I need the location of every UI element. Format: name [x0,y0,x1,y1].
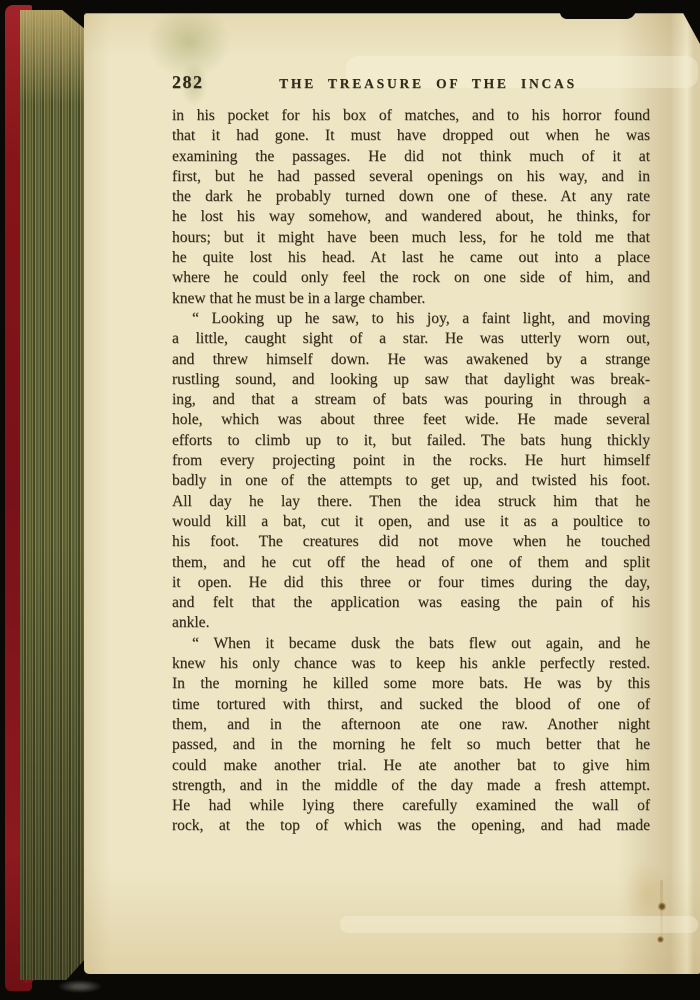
scan-artifact-band [340,916,698,933]
text-line: the dark he probably turned down one of … [172,187,650,207]
text-line: ankle. [172,613,650,633]
text-line: He had while lying there carefully exami… [172,796,650,816]
text-line: knew his only chance was to keep his ank… [172,654,650,674]
text-line: could make another trial. He ate another… [172,756,650,776]
body-text: in his pocket for his box of matches, an… [172,106,650,837]
page-fore-edges [20,10,88,980]
text-line: and felt that the application was easing… [172,593,650,613]
scan-glint [58,980,102,993]
foxing-spot [658,902,666,911]
text-line: and threw himself down. He was awakened … [172,350,650,370]
text-line: rustling sound, and looking up saw that … [172,370,650,390]
text-line: hours; but it might have been much less,… [172,228,650,248]
text-line: efforts to climb up to it, but failed. T… [172,431,650,451]
running-title: THE TREASURE OF THE INCAS [206,76,650,92]
text-line: “ Looking up he saw, to his joy, a faint… [172,309,650,329]
text-line: rock, at the top of which was the openin… [172,816,650,836]
text-line: in his pocket for his box of matches, an… [172,106,650,126]
text-line: hole, which was about three feet wide. H… [172,410,650,430]
text-line: that it had gone. It must have dropped o… [172,126,650,146]
paragraph: in his pocket for his box of matches, an… [172,106,650,309]
scanned-book-page: 282 THE TREASURE OF THE INCAS in his poc… [0,0,700,1000]
text-line: passed, and in the morning he felt so mu… [172,735,650,755]
text-line: them, and in the afternoon ate one raw. … [172,715,650,735]
book-page: 282 THE TREASURE OF THE INCAS in his poc… [84,13,700,974]
text-line: he quite lost his head. At last he came … [172,248,650,268]
foxing-streak [660,880,663,942]
scan-edge-notch [560,0,636,19]
text-line: strength, and in the middle of the day m… [172,776,650,796]
page-number: 282 [172,72,204,93]
text-line: examining the passages. He did not think… [172,147,650,167]
text-line: All day he lay there. Then the idea stru… [172,492,650,512]
text-line: In the morning he killed some more bats.… [172,674,650,694]
paragraph: “ Looking up he saw, to his joy, a faint… [172,309,650,634]
text-line: badly in one of the attempts to get up, … [172,471,650,491]
text-line: first, but he had passed several opening… [172,167,650,187]
text-line: ing, and that a stream of bats was pouri… [172,390,650,410]
text-line: time tortured with thirst, and sucked th… [172,695,650,715]
text-line: he lost his way somehow, and wandered ab… [172,207,650,227]
text-line: it open. He did this three or four times… [172,573,650,593]
text-line: where he could only feel the rock on one… [172,268,650,288]
page-header: 282 THE TREASURE OF THE INCAS [172,72,650,98]
text-line: “ When it became dusk the bats flew out … [172,634,650,654]
text-line: knew that he must be in a large chamber. [172,289,650,309]
text-line: from every projecting point in the rocks… [172,451,650,471]
text-line: a little, caught sight of a star. He was… [172,329,650,349]
foxing-spot [657,936,664,943]
text-line: would kill a bat, cut it open, and use i… [172,512,650,532]
paragraph: “ When it became dusk the bats flew out … [172,634,650,837]
text-line: his foot. The creatures did not move whe… [172,532,650,552]
text-line: them, and he cut off the head of one of … [172,553,650,573]
